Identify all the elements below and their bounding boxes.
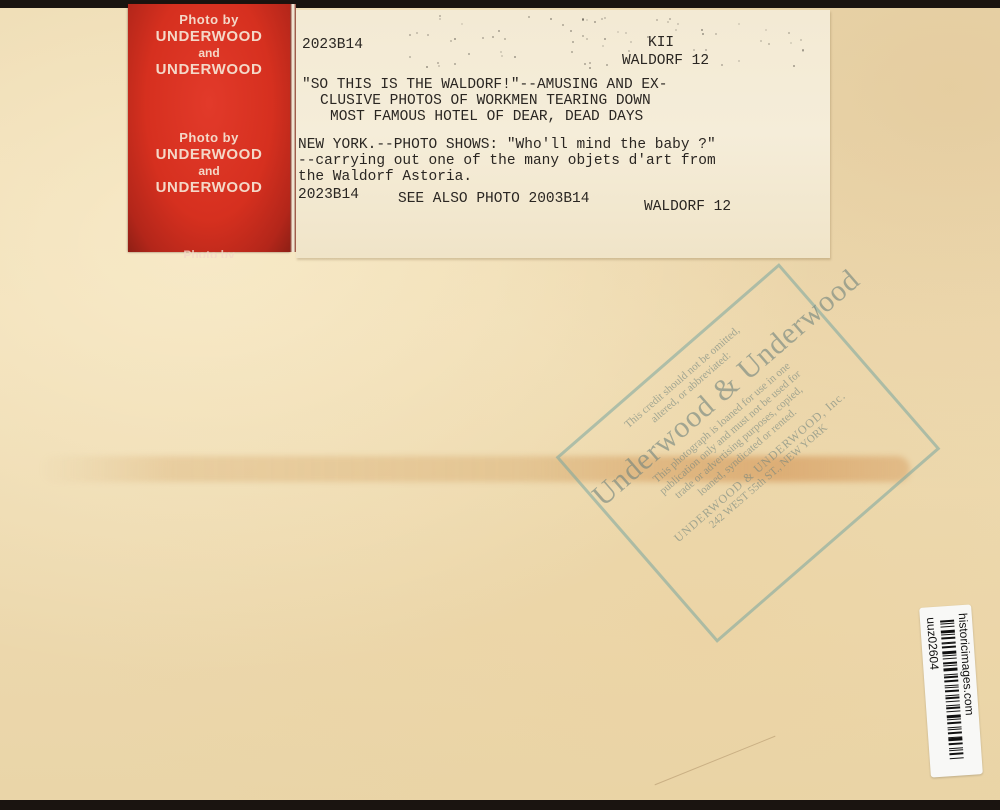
credit-and: and [128,164,290,179]
footer-see-also: SEE ALSO PHOTO 2003B14 [398,192,589,206]
credit-photo-by: Photo by [128,12,290,28]
credit-block-bottom: Photo by UNDERWOOD and UNDERWOOD [128,130,290,197]
credit-name: UNDERWOOD [128,61,290,79]
typed-caption-slip: 2023B14 KII WALDORF 12 "SO THIS IS THE W… [296,10,830,258]
footer-series: WALDORF 12 [644,200,731,214]
body-line-2: --carrying out one of the many objets d'… [298,154,716,168]
credit-and: and [128,46,290,61]
headline-line-1: "SO THIS IS THE WALDORF!"--AMUSING AND E… [302,78,667,92]
code-top-right: KII [648,36,674,50]
body-line-1: NEW YORK.--PHOTO SHOWS: "Who'll mind the… [298,138,716,152]
series-top-right: WALDORF 12 [622,54,709,68]
footer-photo-id: 2023B14 [298,188,359,202]
credit-name: UNDERWOOD [128,28,290,46]
credit-name: UNDERWOOD [128,146,290,164]
photo-id-top: 2023B14 [302,38,363,52]
credit-cutoff-text: Photo by [128,248,290,258]
headline-line-2: CLUSIVE PHOTOS OF WORKMEN TEARING DOWN [320,94,651,108]
credit-block-top: Photo by UNDERWOOD and UNDERWOOD [128,12,290,79]
credit-name: UNDERWOOD [128,179,290,197]
paper-crease [655,736,776,786]
sticker-item-code: uuz02604 [924,617,942,671]
credit-photo-by: Photo by [128,130,290,146]
red-credit-label: Photo by UNDERWOOD and UNDERWOOD Photo b… [128,4,290,252]
body-line-3: the Waldorf Astoria. [298,170,472,184]
headline-line-3: MOST FAMOUS HOTEL OF DEAR, DEAD DAYS [330,110,643,124]
